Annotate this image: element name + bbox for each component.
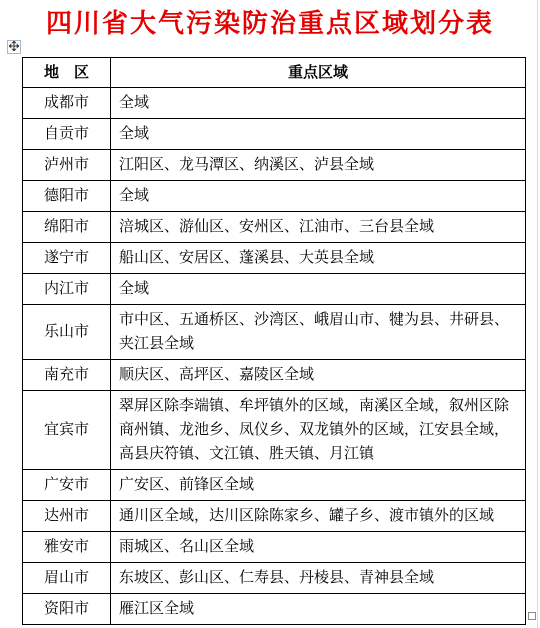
region-name[interactable]: 广安市: [23, 470, 111, 501]
region-name[interactable]: 眉山市: [23, 563, 111, 594]
region-areas[interactable]: 雁江区全域: [111, 594, 526, 625]
table-row: 内江市 全域: [23, 274, 526, 305]
region-name[interactable]: 宜宾市: [23, 391, 111, 470]
region-name[interactable]: 德阳市: [23, 181, 111, 212]
region-areas[interactable]: 东坡区、彭山区、仁寿县、丹棱县、青神县全域: [111, 563, 526, 594]
page-edge-divider: [537, 0, 538, 628]
table-row: 德阳市 全域: [23, 181, 526, 212]
region-areas[interactable]: 全域: [111, 119, 526, 150]
region-areas[interactable]: 雨城区、名山区全域: [111, 532, 526, 563]
document-page: 四川省大气污染防治重点区域划分表 地 区 重点区域: [0, 0, 540, 628]
table-row: 自贡市 全域: [23, 119, 526, 150]
region-name[interactable]: 遂宁市: [23, 243, 111, 274]
region-name[interactable]: 绵阳市: [23, 212, 111, 243]
header-region[interactable]: 地 区: [23, 58, 111, 88]
region-areas[interactable]: 江阳区、龙马潭区、纳溪区、泸县全域: [111, 150, 526, 181]
region-areas[interactable]: 通川区全域，达川区除陈家乡、罐子乡、渡市镇外的区域: [111, 501, 526, 532]
table-row: 遂宁市 船山区、安居区、蓬溪县、大英县全域: [23, 243, 526, 274]
table-resize-handle[interactable]: [528, 612, 536, 620]
region-name[interactable]: 雅安市: [23, 532, 111, 563]
table-row: 南充市 顺庆区、高坪区、嘉陵区全域: [23, 360, 526, 391]
table-row: 雅安市 雨城区、名山区全域: [23, 532, 526, 563]
table-row: 成都市 全域: [23, 88, 526, 119]
table-row: 广安市 广安区、前锋区全域: [23, 470, 526, 501]
table-header-row: 地 区 重点区域: [23, 58, 526, 88]
region-name[interactable]: 乐山市: [23, 305, 111, 360]
header-areas[interactable]: 重点区域: [111, 58, 526, 88]
table-row: 乐山市 市中区、五通桥区、沙湾区、峨眉山市、犍为县、井研县、夹江县全域: [23, 305, 526, 360]
table-row: 宜宾市 翠屏区除李端镇、牟坪镇外的区域，南溪区全域，叙州区除商州镇、龙池乡、凤仪…: [23, 391, 526, 470]
table-row: 达州市 通川区全域，达川区除陈家乡、罐子乡、渡市镇外的区域: [23, 501, 526, 532]
region-areas[interactable]: 全域: [111, 274, 526, 305]
table-row: 资阳市 雁江区全域: [23, 594, 526, 625]
page-title: 四川省大气污染防治重点区域划分表: [0, 3, 540, 40]
region-name[interactable]: 泸州市: [23, 150, 111, 181]
table-move-handle[interactable]: [7, 40, 21, 54]
region-areas[interactable]: 涪城区、游仙区、安州区、江油市、三台县全域: [111, 212, 526, 243]
table-row: 眉山市 东坡区、彭山区、仁寿县、丹棱县、青神县全域: [23, 563, 526, 594]
move-arrows-icon: [9, 38, 19, 56]
region-name[interactable]: 资阳市: [23, 594, 111, 625]
table-row: 绵阳市 涪城区、游仙区、安州区、江油市、三台县全域: [23, 212, 526, 243]
region-areas[interactable]: 船山区、安居区、蓬溪县、大英县全域: [111, 243, 526, 274]
region-areas[interactable]: 全域: [111, 181, 526, 212]
region-areas[interactable]: 市中区、五通桥区、沙湾区、峨眉山市、犍为县、井研县、夹江县全域: [111, 305, 526, 360]
region-areas[interactable]: 全域: [111, 88, 526, 119]
key-regions-table: 地 区 重点区域 成都市 全域 自贡市 全域 泸州市 江阳区、龙马潭区、纳溪区、…: [22, 57, 526, 625]
region-areas[interactable]: 顺庆区、高坪区、嘉陵区全域: [111, 360, 526, 391]
region-name[interactable]: 达州市: [23, 501, 111, 532]
region-name[interactable]: 成都市: [23, 88, 111, 119]
table-row: 泸州市 江阳区、龙马潭区、纳溪区、泸县全域: [23, 150, 526, 181]
region-name[interactable]: 南充市: [23, 360, 111, 391]
region-areas[interactable]: 翠屏区除李端镇、牟坪镇外的区域，南溪区全域，叙州区除商州镇、龙池乡、凤仪乡、双龙…: [111, 391, 526, 470]
region-areas[interactable]: 广安区、前锋区全域: [111, 470, 526, 501]
region-name[interactable]: 自贡市: [23, 119, 111, 150]
region-name[interactable]: 内江市: [23, 274, 111, 305]
